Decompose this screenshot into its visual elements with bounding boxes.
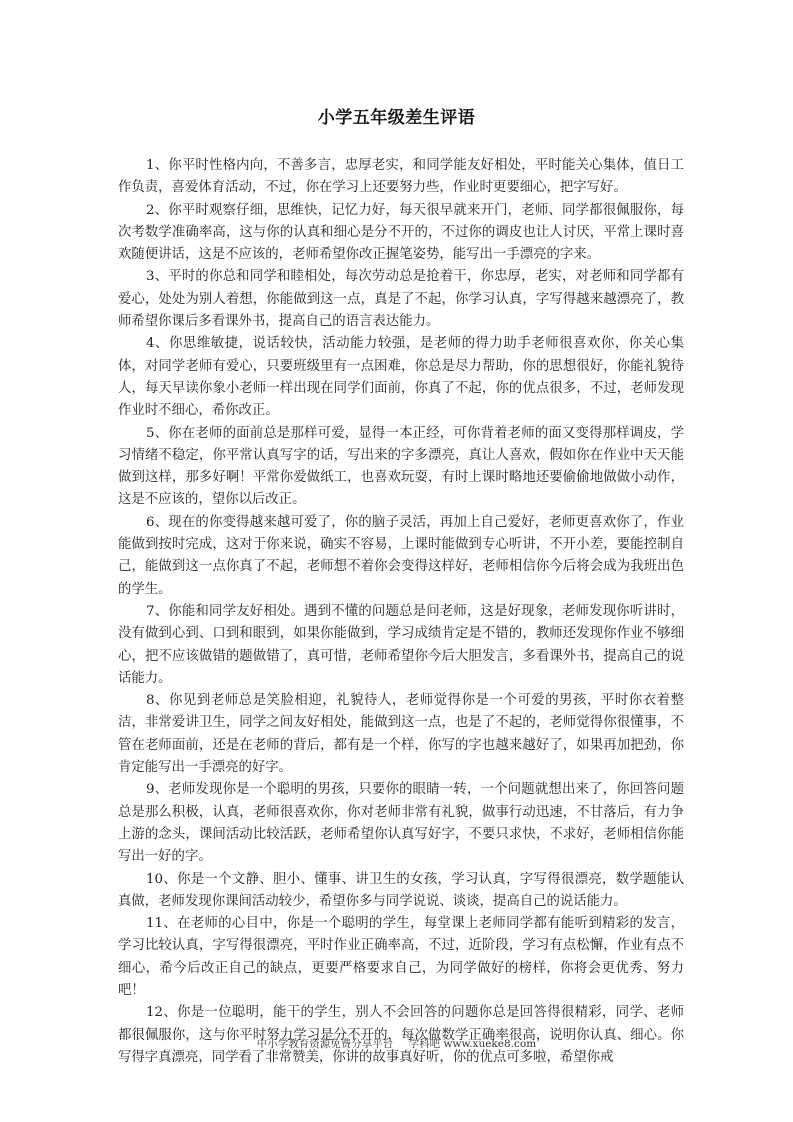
comment-paragraph-6: 6、现在的你变得越来越可爱了，你的脑子灵活，再加上自己爱好，老师更喜欢你了，作业… bbox=[118, 512, 684, 601]
page-footer: 中小学教育资源免费分享平台 学科吧 www.xueke8.com bbox=[0, 1036, 793, 1051]
footer-site-text: 学科吧 www.xueke8.com bbox=[409, 1038, 537, 1050]
comment-paragraph-5: 5、你在老师的面前总是那样可爱，显得一本正经，可你背着老师的面又变得那样调皮，学… bbox=[118, 423, 684, 512]
document-body: 1、你平时性格内向，不善多言，忠厚老实，和同学能友好相处，平时能关心集体，值日工… bbox=[118, 155, 684, 1069]
comment-paragraph-10: 10、你是一个文静、胆小、懂事、讲卫生的女孩，学习认真，字写得很漂亮，数学题能认… bbox=[118, 869, 684, 914]
comment-paragraph-1: 1、你平时性格内向，不善多言，忠厚老实，和同学能友好相处，平时能关心集体，值日工… bbox=[118, 155, 684, 200]
comment-paragraph-7: 7、你能和同学友好相处。遇到不懂的问题总是问老师，这是好现象，老师发现你听讲时，… bbox=[118, 601, 684, 690]
comment-paragraph-11: 11、在老师的心目中，你是一个聪明的学生，每堂课上老师同学都有能听到精彩的发言，… bbox=[118, 913, 684, 1002]
footer-platform-text: 中小学教育资源免费分享平台 bbox=[257, 1038, 394, 1050]
comment-paragraph-4: 4、你思维敏捷，说话较快，活动能力较强，是老师的得力助手老师很喜欢你，你关心集体… bbox=[118, 333, 684, 422]
document-page: 小学五年级差生评语 1、你平时性格内向，不善多言，忠厚老实，和同学能友好相处，平… bbox=[0, 0, 793, 1122]
comment-paragraph-8: 8、你见到老师总是笑脸相迎，礼貌待人，老师觉得你是一个可爱的男孩，平时你衣着整洁… bbox=[118, 690, 684, 779]
comment-paragraph-9: 9、老师发现你是一个聪明的男孩，只要你的眼睛一转，一个问题就想出来了，你回答问题… bbox=[118, 779, 684, 868]
document-title: 小学五年级差生评语 bbox=[0, 103, 793, 128]
comment-paragraph-2: 2、你平时观察仔细，思维快，记忆力好，每天很早就来开门，老师、同学都很佩服你，每… bbox=[118, 200, 684, 267]
comment-paragraph-3: 3、平时的你总和同学和睦相处，每次劳动总是抢着干，你忠厚，老实，对老师和同学都有… bbox=[118, 266, 684, 333]
